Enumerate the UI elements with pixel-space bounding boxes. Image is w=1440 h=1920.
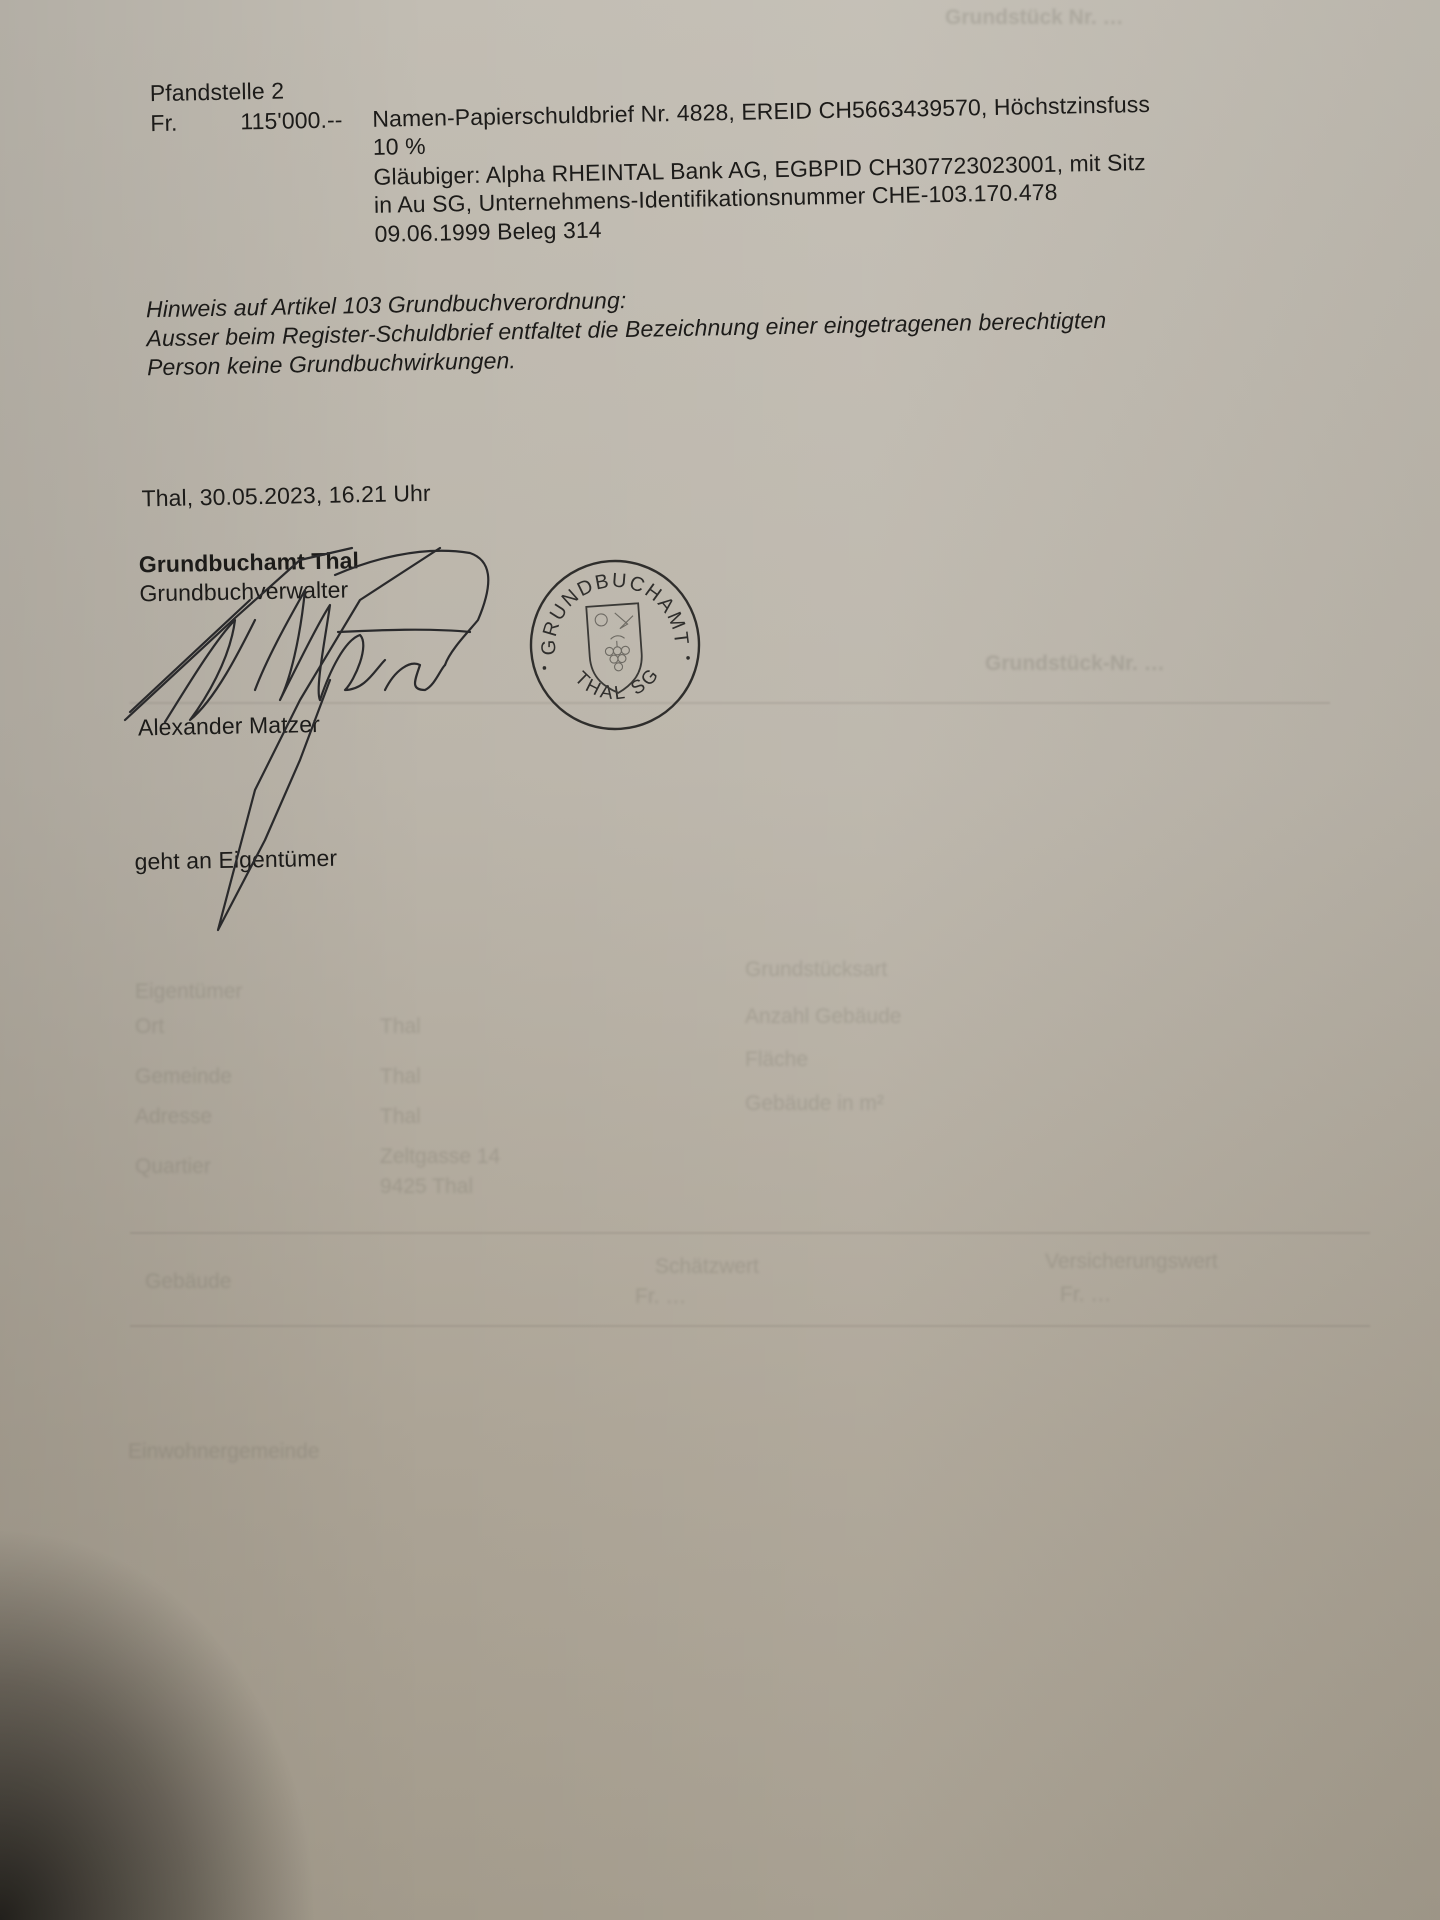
svg-text:GRUNDBUCHAMT: GRUNDBUCHAMT <box>532 564 692 656</box>
stamp-bottom-text: THAL SG <box>569 662 666 707</box>
handwritten-signature <box>0 0 1440 1920</box>
svg-text:THAL SG: THAL SG <box>569 662 666 707</box>
official-stamp: GRUNDBUCHAMT THAL SG <box>525 555 705 735</box>
stamp-top-text: GRUNDBUCHAMT <box>532 564 692 656</box>
